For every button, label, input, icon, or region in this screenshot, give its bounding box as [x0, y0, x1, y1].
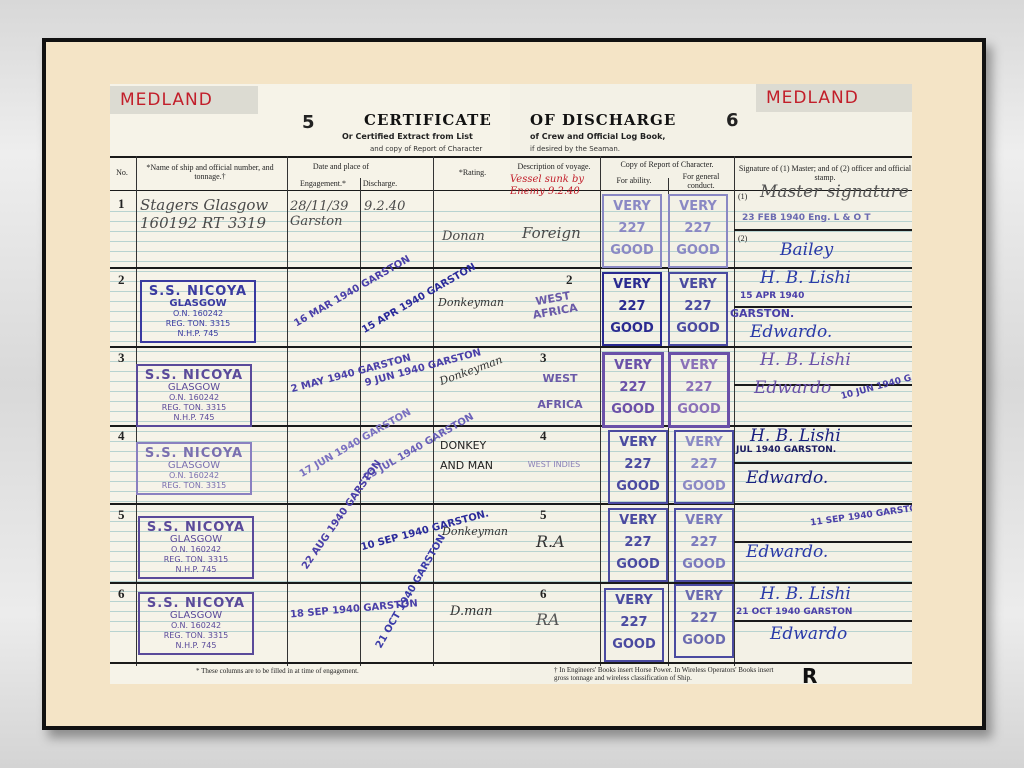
header-bottom-rule	[110, 190, 510, 191]
header-ship: *Name of ship and official number, and t…	[140, 163, 280, 181]
sig-divider	[734, 620, 912, 622]
stamp-reg-tonnage: REG. TON. 3315	[144, 555, 248, 565]
rating-handwritten: Donkeyman	[438, 296, 504, 309]
stamp-number: 227	[676, 454, 732, 476]
stamp-good: GOOD	[676, 630, 732, 652]
conduct-stamp: VERY227GOOD	[674, 584, 734, 658]
ship-stamp: S.S. NICOYA GLASGOW O.N. 160242 REG. TON…	[140, 280, 256, 343]
col-divider	[734, 156, 735, 666]
ship-stamp: S.S. NICOYA GLASGOW O.N. 160242 REG. TON…	[138, 592, 254, 655]
name-tag-left: MEDLAND	[110, 86, 258, 114]
header-discharge: Discharge.	[360, 179, 400, 188]
stamp-very: VERY	[606, 590, 662, 612]
stamp-good: GOOD	[670, 240, 726, 262]
discharge-title: OF DISCHARGE	[530, 111, 676, 129]
stamp-good: GOOD	[606, 634, 662, 656]
header-description: Description of voyage.	[510, 162, 598, 171]
master-signature: H. B. Lishi	[760, 350, 851, 370]
voyage-handwritten: RA	[536, 610, 560, 629]
stamp-very: VERY	[610, 432, 666, 454]
header-engagement: Engagement.*	[288, 179, 358, 188]
row-divider	[110, 503, 510, 505]
ability-stamp: VERY227GOOD	[602, 194, 662, 268]
ability-stamp: VERY227GOOD	[604, 588, 664, 662]
signature-stamp: 15 APR 1940	[740, 290, 804, 302]
sig-divider	[734, 462, 912, 464]
right-page: OF DISCHARGE 6 MEDLAND of Crew and Offic…	[510, 84, 912, 684]
row-divider	[110, 662, 510, 664]
stamp-number: 227	[670, 218, 726, 240]
subtitle-right-1: of Crew and Official Log Book,	[530, 132, 665, 141]
stamp-good: GOOD	[676, 554, 732, 576]
signature-stamp: JUL 1940 GARSTON.	[736, 444, 806, 456]
row-number: 3	[540, 350, 547, 366]
conduct-stamp: VERY227GOOD	[668, 272, 728, 346]
header-signature: Signature of (1) Master; and of (2) offi…	[738, 164, 912, 182]
officer-signature: Edwardo.	[746, 468, 828, 488]
certificate-title: CERTIFICATE	[364, 111, 492, 129]
col-divider	[433, 156, 434, 666]
header-rule	[110, 156, 510, 158]
stamp-number: 227	[676, 608, 732, 630]
row-divider	[510, 346, 912, 348]
stamp-very: VERY	[676, 586, 732, 608]
header-date-place: Date and place of	[286, 162, 396, 171]
officer-signature: Edwardo	[770, 624, 847, 644]
stamp-ship-name: S.S. NICOYA	[142, 446, 246, 461]
stamp-very: VERY	[604, 196, 660, 218]
stamp-ship-name: S.S. NICOYA	[144, 520, 248, 535]
stamp-number: 227	[604, 296, 660, 318]
page-number-right: 6	[726, 110, 739, 131]
header-rule	[510, 156, 912, 158]
stamp-number: 227	[606, 612, 662, 634]
stamp-number: 227	[671, 377, 727, 399]
header-conduct: For general conduct.	[670, 172, 732, 190]
stamp-nhp: N.H.P. 745	[142, 413, 246, 423]
rating-handwritten: D.man	[450, 604, 493, 619]
stamp-number: 227	[605, 377, 661, 399]
stamp-port: GLASGOW	[142, 461, 246, 471]
stamp-number: 227	[676, 532, 732, 554]
stamp-very: VERY	[670, 196, 726, 218]
ability-stamp: VERY227GOOD	[602, 352, 664, 428]
conduct-stamp: VERY227GOOD	[674, 508, 734, 582]
header-no: No.	[110, 168, 134, 177]
stamp-number: 227	[610, 454, 666, 476]
row-number: 2	[566, 272, 573, 288]
ability-stamp: VERY227GOOD	[602, 272, 662, 346]
col-divider	[360, 178, 361, 666]
signature-stamp: 21 OCT 1940 GARSTON	[736, 606, 826, 618]
rating-handwritten: DONKEY AND MAN	[440, 436, 506, 476]
row-number: 2	[118, 272, 125, 288]
stamp-nhp: N.H.P. 745	[146, 329, 250, 339]
row-divider	[510, 662, 912, 664]
conduct-stamp: VERY227GOOD	[668, 194, 728, 268]
stamp-official-number: O.N. 160242	[142, 471, 246, 481]
stamp-very: VERY	[605, 355, 661, 377]
stamp-very: VERY	[670, 274, 726, 296]
stamp-very: VERY	[676, 432, 732, 454]
stamp-reg-tonnage: REG. TON. 3315	[144, 631, 248, 641]
stamp-ship-name: S.S. NICOYA	[142, 368, 246, 383]
stamp-ship-name: S.S. NICOYA	[146, 284, 250, 299]
stamp-ship-name: S.S. NICOYA	[144, 596, 248, 611]
row-number: 5	[118, 507, 125, 523]
row-number: 6	[118, 586, 125, 602]
stamp-good: GOOD	[670, 318, 726, 340]
header-ability: For ability.	[602, 176, 666, 185]
stamp-nhp: N.H.P. 745	[144, 641, 248, 651]
master-signature: H. B. Lishi	[750, 426, 841, 446]
stamp-good: GOOD	[605, 399, 661, 421]
row-number: 5	[540, 507, 547, 523]
ship-handwritten: Stagers Glasgow 160192 RT 3319	[140, 196, 280, 232]
stamp-official-number: O.N. 160242	[144, 621, 248, 631]
row-number: 4	[118, 428, 125, 444]
conduct-stamp: VERY227GOOD	[674, 430, 734, 504]
ability-stamp: VERY227GOOD	[608, 430, 668, 504]
stamp-good: GOOD	[671, 399, 727, 421]
signature-stamp: GARSTON.	[730, 308, 794, 320]
rating-handwritten: Donkeyman	[442, 524, 502, 540]
ship-stamp: S.S. NICOYA GLASGOW O.N. 160242 REG. TON…	[136, 364, 252, 427]
discharge-handwritten: 9.2.40	[364, 199, 405, 214]
footnote-right: † In Engineers' Books insert Horse Power…	[554, 666, 784, 682]
conduct-stamp: VERY227GOOD	[668, 352, 730, 428]
footer-letter: R	[802, 664, 817, 684]
sig-label-1: (1)	[738, 192, 747, 201]
row-number: 6	[540, 586, 547, 602]
row-number: 4	[540, 428, 547, 444]
rating-handwritten: Donan	[442, 229, 485, 244]
row-divider	[110, 582, 510, 584]
officer-signature: Edwardo	[754, 378, 831, 398]
voyage-stamp: WEST INDIES	[524, 460, 584, 469]
stamp-good: GOOD	[610, 476, 666, 498]
sig-label-2: (2)	[738, 234, 747, 243]
footnote-left: * These columns are to be filled in at t…	[196, 667, 359, 675]
officer-signature: Edwardo.	[746, 542, 828, 562]
voyage-handwritten: Foreign	[522, 224, 581, 242]
stamp-port: GLASGOW	[146, 299, 250, 309]
name-tag-right: MEDLAND	[756, 84, 912, 112]
stamp-good: GOOD	[610, 554, 666, 576]
stamp-port: GLASGOW	[142, 383, 246, 393]
officer-signature: Edwardo.	[750, 322, 832, 342]
stamp-good: GOOD	[676, 476, 732, 498]
stamp-official-number: O.N. 160242	[144, 545, 248, 555]
master-signature: H. B. Lishi	[760, 268, 851, 288]
stamp-official-number: O.N. 160242	[146, 309, 250, 319]
subtitle-right-2: if desired by the Seaman.	[530, 145, 620, 153]
ship-stamp: S.S. NICOYA GLASGOW O.N. 160242 REG. TON…	[138, 516, 254, 579]
ability-stamp: VERY227GOOD	[608, 508, 668, 582]
col-divider	[600, 156, 601, 666]
header-rating: *Rating.	[435, 168, 510, 177]
stamp-good: GOOD	[604, 240, 660, 262]
sig-divider	[734, 229, 912, 231]
master-signature: Master signature	[760, 182, 909, 202]
voyage-handwritten: R.A	[536, 532, 565, 551]
voyage-note-red: Vessel sunk by Enemy 9.2.40	[510, 174, 606, 198]
ship-stamp: S.S. NICOYA GLASGOW O.N. 160242 REG. TON…	[136, 442, 252, 495]
left-page: MEDLAND 5 CERTIFICATE Or Certified Extra…	[110, 84, 510, 684]
stamp-number: 227	[604, 218, 660, 240]
signature-stamp: 23 FEB 1940 Eng. L & O T	[742, 212, 870, 224]
row-number: 1	[118, 196, 125, 212]
stamp-number: 227	[610, 532, 666, 554]
stamp-number: 227	[670, 296, 726, 318]
stamp-reg-tonnage: REG. TON. 3315	[142, 403, 246, 413]
stamp-good: GOOD	[604, 318, 660, 340]
stamp-reg-tonnage: REG. TON. 3315	[146, 319, 250, 329]
header-copy-report: Copy of Report of Character.	[602, 160, 732, 169]
stamp-very: VERY	[604, 274, 660, 296]
row-divider	[110, 267, 510, 269]
engagement-handwritten: 28/11/39 Garston	[290, 199, 360, 229]
voyage-stamp: WEST AFRICA	[530, 366, 590, 418]
stamp-port: GLASGOW	[144, 535, 248, 545]
stamp-very: VERY	[671, 355, 727, 377]
stamp-nhp: N.H.P. 745	[144, 565, 248, 575]
stamp-very: VERY	[610, 510, 666, 532]
subtitle-left-2: and copy of Report of Character	[370, 145, 482, 153]
stamp-very: VERY	[676, 510, 732, 532]
master-signature: H. B. Lishi	[760, 584, 851, 604]
stamp-reg-tonnage: REG. TON. 3315	[142, 481, 246, 491]
subtitle-left-1: Or Certified Extract from List	[342, 132, 473, 141]
stamp-official-number: O.N. 160242	[142, 393, 246, 403]
officer-signature: Bailey	[780, 240, 833, 260]
row-number: 3	[118, 350, 125, 366]
col-divider	[287, 156, 288, 666]
page-number-left: 5	[302, 112, 315, 133]
row-divider	[110, 346, 510, 348]
stamp-port: GLASGOW	[144, 611, 248, 621]
